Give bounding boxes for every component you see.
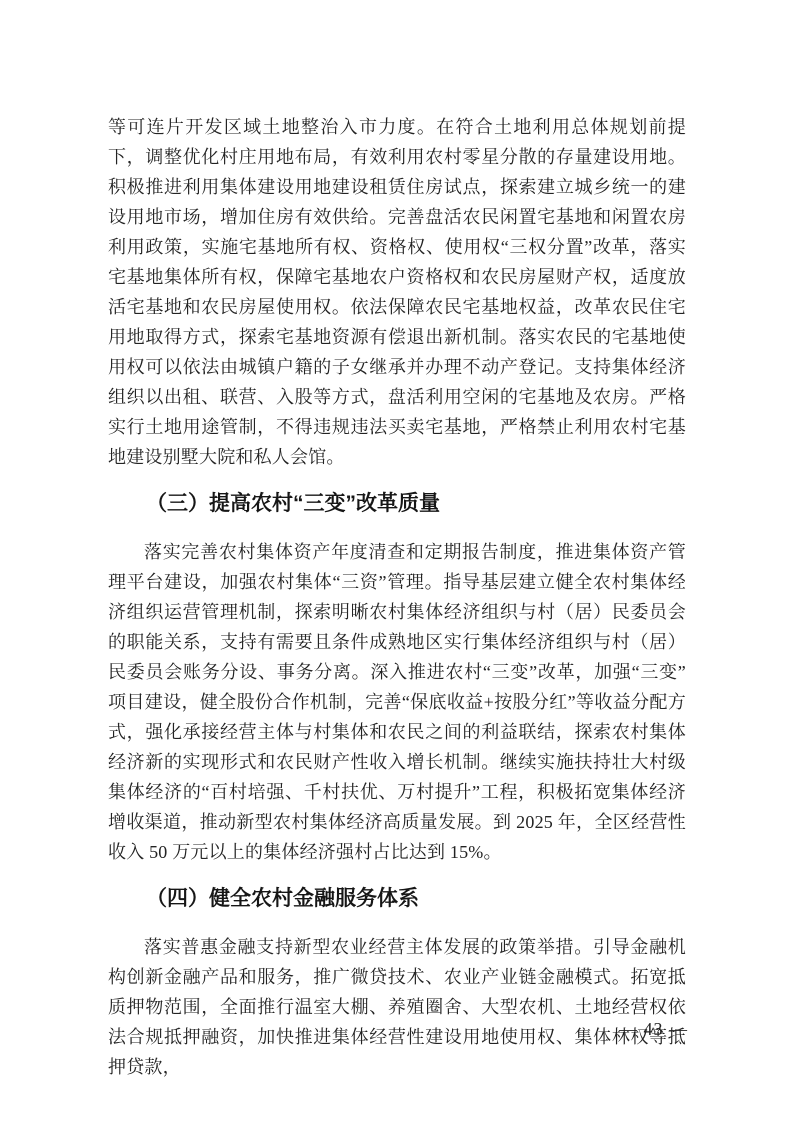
document-content: 等可连片开发区域土地整治入市力度。在符合土地利用总体规划前提下，调整优化村庄用地… [108, 112, 686, 1082]
section-heading-4: （四）健全农村金融服务体系 [108, 884, 686, 914]
section-4-paragraph: 落实普惠金融支持新型农业经营主体发展的政策举措。引导金融机构创新金融产品和服务，… [108, 932, 686, 1082]
section-heading-3: （三）提高农村“三变”改革质量 [108, 489, 686, 519]
section-3-paragraph: 落实完善农村集体资产年度清查和定期报告制度，推进集体资产管理平台建设，加强农村集… [108, 537, 686, 867]
document-page: 等可连片开发区域土地整治入市力度。在符合土地利用总体规划前提下，调整优化村庄用地… [0, 0, 793, 1122]
page-number: — 43 — [619, 1018, 688, 1040]
continuation-paragraph: 等可连片开发区域土地整治入市力度。在符合土地利用总体规划前提下，调整优化村庄用地… [108, 112, 686, 472]
